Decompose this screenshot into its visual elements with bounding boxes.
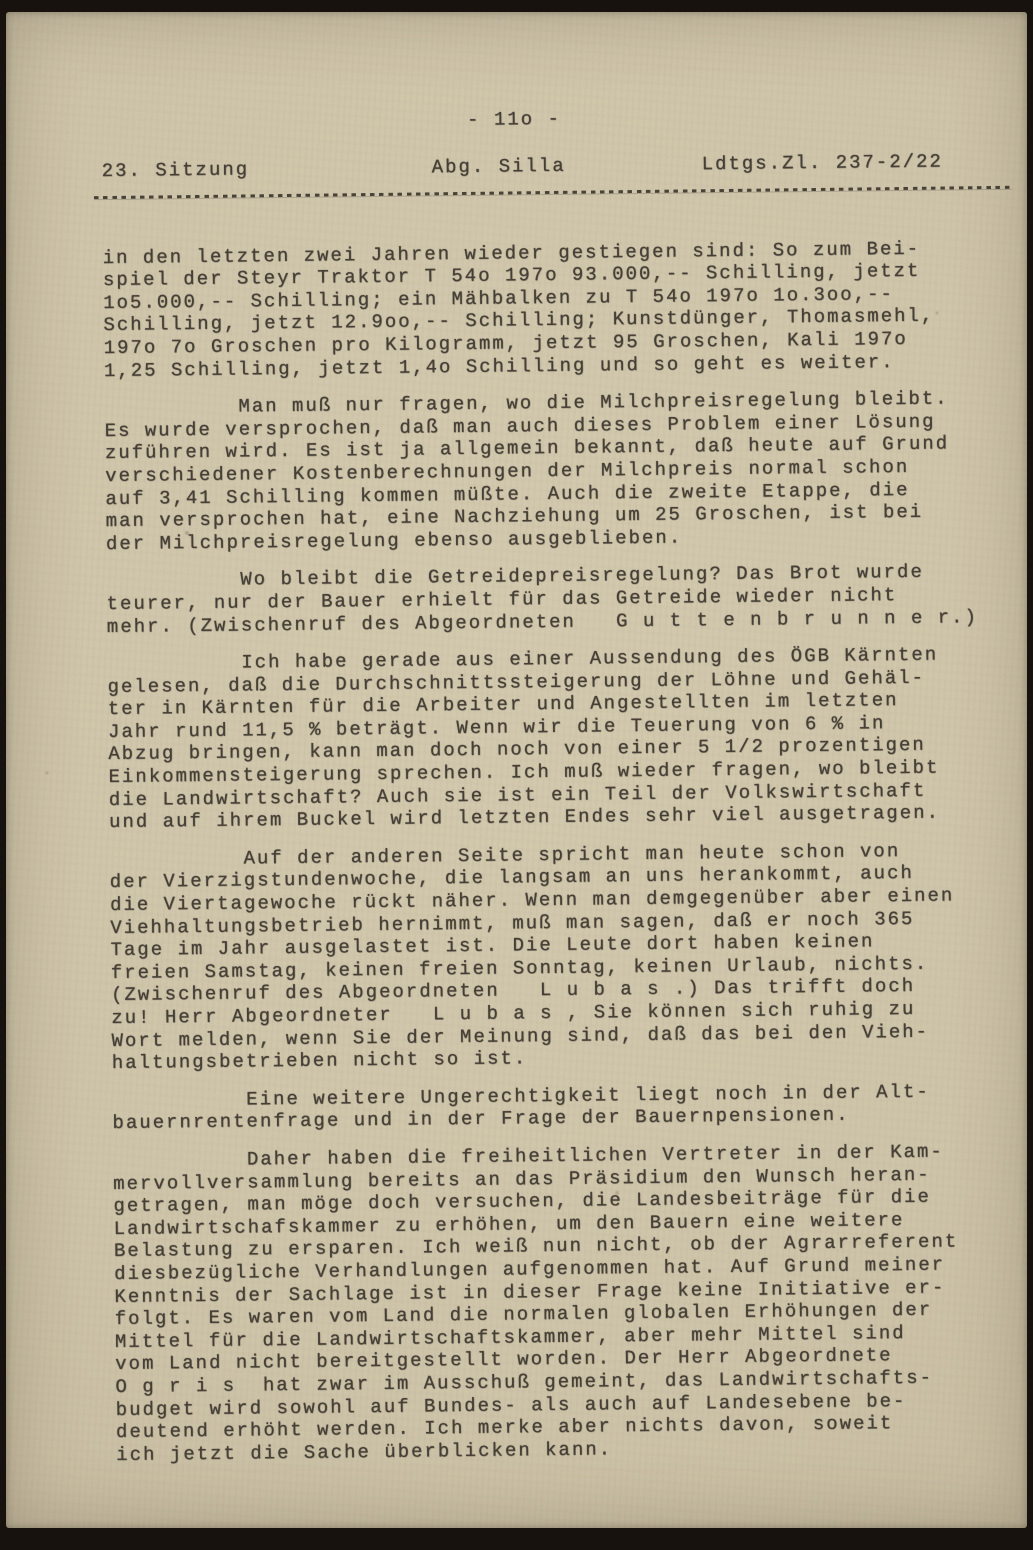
paragraph: Wo bleibt die Getreidepreisregelung? Das… xyxy=(106,560,1005,638)
paragraph: Man muß nur fragen, wo die Milchpreisreg… xyxy=(104,387,1004,555)
speech-body: in den letzten zwei Jahren wieder gestie… xyxy=(103,236,1015,1466)
paragraph: Auf der anderen Seite spricht man heute … xyxy=(109,839,1010,1075)
paragraph: Eine weitere Ungerechtigkeit liegt noch … xyxy=(112,1080,1010,1135)
paper-sheet: - 11o - 23. Sitzung Abg. Silla Ldtgs.Zl.… xyxy=(6,12,1027,1528)
paragraph: Ich habe gerade aus einer Aussendung des… xyxy=(107,643,1007,834)
paragraph: Daher haben die freiheitlichen Vertreter… xyxy=(113,1140,1015,1466)
scan-speckles xyxy=(6,12,8,14)
document-reference: Ldtgs.Zl. 237-2/22 xyxy=(702,150,943,175)
typewritten-content: - 11o - 23. Sitzung Abg. Silla Ldtgs.Zl.… xyxy=(101,103,1014,1481)
session-label: 23. Sitzung xyxy=(102,158,250,182)
scanned-document-page: { "colors": { "paper": "#cec4a9", "ink":… xyxy=(0,0,1033,1550)
speaker-label: Abg. Silla xyxy=(432,154,566,178)
page-number: - 11o - xyxy=(467,103,999,132)
paragraph: in den letzten zwei Jahren wieder gestie… xyxy=(103,236,1002,382)
